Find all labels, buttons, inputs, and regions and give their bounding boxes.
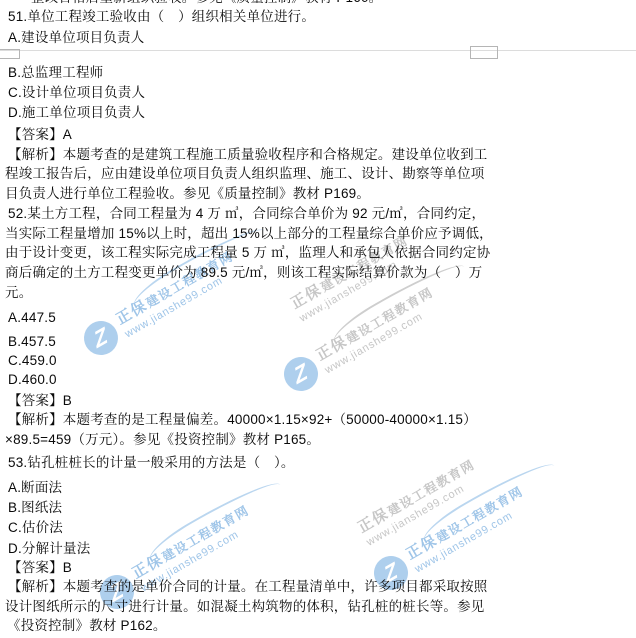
q52-stem-line: 元。 [5, 284, 32, 301]
page-margin-marker-left [0, 49, 20, 59]
watermark-brand-text: 正保建设工程教育网 [355, 456, 479, 538]
q51-stem: 51.单位工程竣工验收由（ ）组织相关单位进行。 [8, 8, 315, 25]
q52-stem-line: 当实际工程量增加 15%以上时，超出 15%以上部分的工程量综合单价应予调低， [5, 225, 493, 242]
q53-option-a: A.断面法 [8, 479, 62, 496]
clipped-text-line: 整改合格后重新组织验收。参见《质量控制》教材 P160。 [31, 0, 382, 6]
q53-analysis-line: 《投资控制》教材 P162。 [7, 617, 167, 634]
watermark-url-text: www.jianshe99.com [364, 472, 485, 549]
page-break-line [0, 50, 636, 51]
exam-answer-page: Z 正保建设工程教育网 www.jianshe99.com Z 正保建设工程教育… [0, 0, 636, 638]
q53-analysis-line: 【解析】本题考查的是单价合同的计量。在工程量清单中，许多项目都采取按照 [8, 578, 488, 595]
q52-stem-line: 52.某土方工程，合同工程量为 4 万 ㎥，合同综合单价为 92 元/㎥，合同约… [8, 205, 485, 222]
q52-option-b: B.457.5 [8, 333, 56, 350]
q51-option-a: A.建设单位项目负责人 [8, 29, 144, 46]
watermark-brand-text: 正保建设工程教育网 [129, 501, 253, 583]
watermark: Z 正保建设工程教育网 www.jianshe99.com [278, 282, 444, 397]
q51-option-d: D.施工单位项目负责人 [8, 104, 145, 121]
watermark-url-text: www.jianshe99.com [323, 300, 444, 377]
q53-stem: 53.钻孔桩桩长的计量一般采用的方法是（ ）。 [8, 454, 295, 471]
q51-analysis-line: 目负责人进行单位工程验收。参见《质量控制》教材 P169。 [5, 185, 370, 202]
watermark-swoosh-icon [418, 455, 557, 546]
q52-option-a: A.447.5 [8, 309, 56, 326]
q52-option-c: C.459.0 [8, 352, 57, 369]
watermark-brand-text: 正保建设工程教育网 [313, 283, 437, 365]
q52-stem-line: 由于设计变更，该工程实际完成工程量 5 万 ㎥，监理人和承包人依据合同约定协 [5, 244, 490, 261]
q51-option-b: B.总监理工程师 [8, 64, 103, 81]
watermark: Z 正保建设工程教育网 www.jianshe99.com [354, 454, 485, 549]
q52-analysis-line: 【解析】本题考查的是工程量偏差。40000×1.15×92+（50000-400… [8, 411, 477, 428]
watermark-swoosh-icon [144, 474, 283, 565]
q51-analysis-line: 【解析】本题考查的是建筑工程施工质量验收程序和合格规定。建设单位收到工 [8, 146, 488, 163]
q51-option-c: C.设计单位项目负责人 [8, 84, 145, 101]
q53-answer: 【答案】B [8, 559, 72, 576]
q52-stem-line: 商后确定的土方工程变更单价为 89.5 元/㎥，则该工程实际结算价款为（ ）万 [5, 264, 482, 281]
page-margin-marker-right [470, 46, 498, 59]
brand-logo-icon: Z [278, 351, 324, 397]
q53-option-b: B.图纸法 [8, 499, 62, 516]
q52-answer: 【答案】B [8, 392, 72, 409]
brand-logo-icon: Z [78, 315, 124, 361]
q53-analysis-line: 设计图纸所示的尺寸进行计量。如混凝土构筑物的体积，钻孔桩的桩长等。参见 [5, 598, 485, 615]
q52-analysis-line: ×89.5=459（万元）。参见《投资控制》教材 P165。 [5, 431, 320, 448]
q51-answer: 【答案】A [8, 126, 72, 143]
q53-option-c: C.估价法 [8, 519, 63, 536]
q52-option-d: D.460.0 [8, 371, 57, 388]
watermark-url-text: www.jianshe99.com [413, 499, 534, 576]
q51-analysis-line: 程竣工报告后，应由建设单位项目负责人组织监理、施工、设计、勘察等单位项 [5, 165, 485, 182]
watermark-brand-text: 正保建设工程教育网 [403, 482, 527, 564]
q53-option-d: D.分解计量法 [8, 540, 90, 557]
